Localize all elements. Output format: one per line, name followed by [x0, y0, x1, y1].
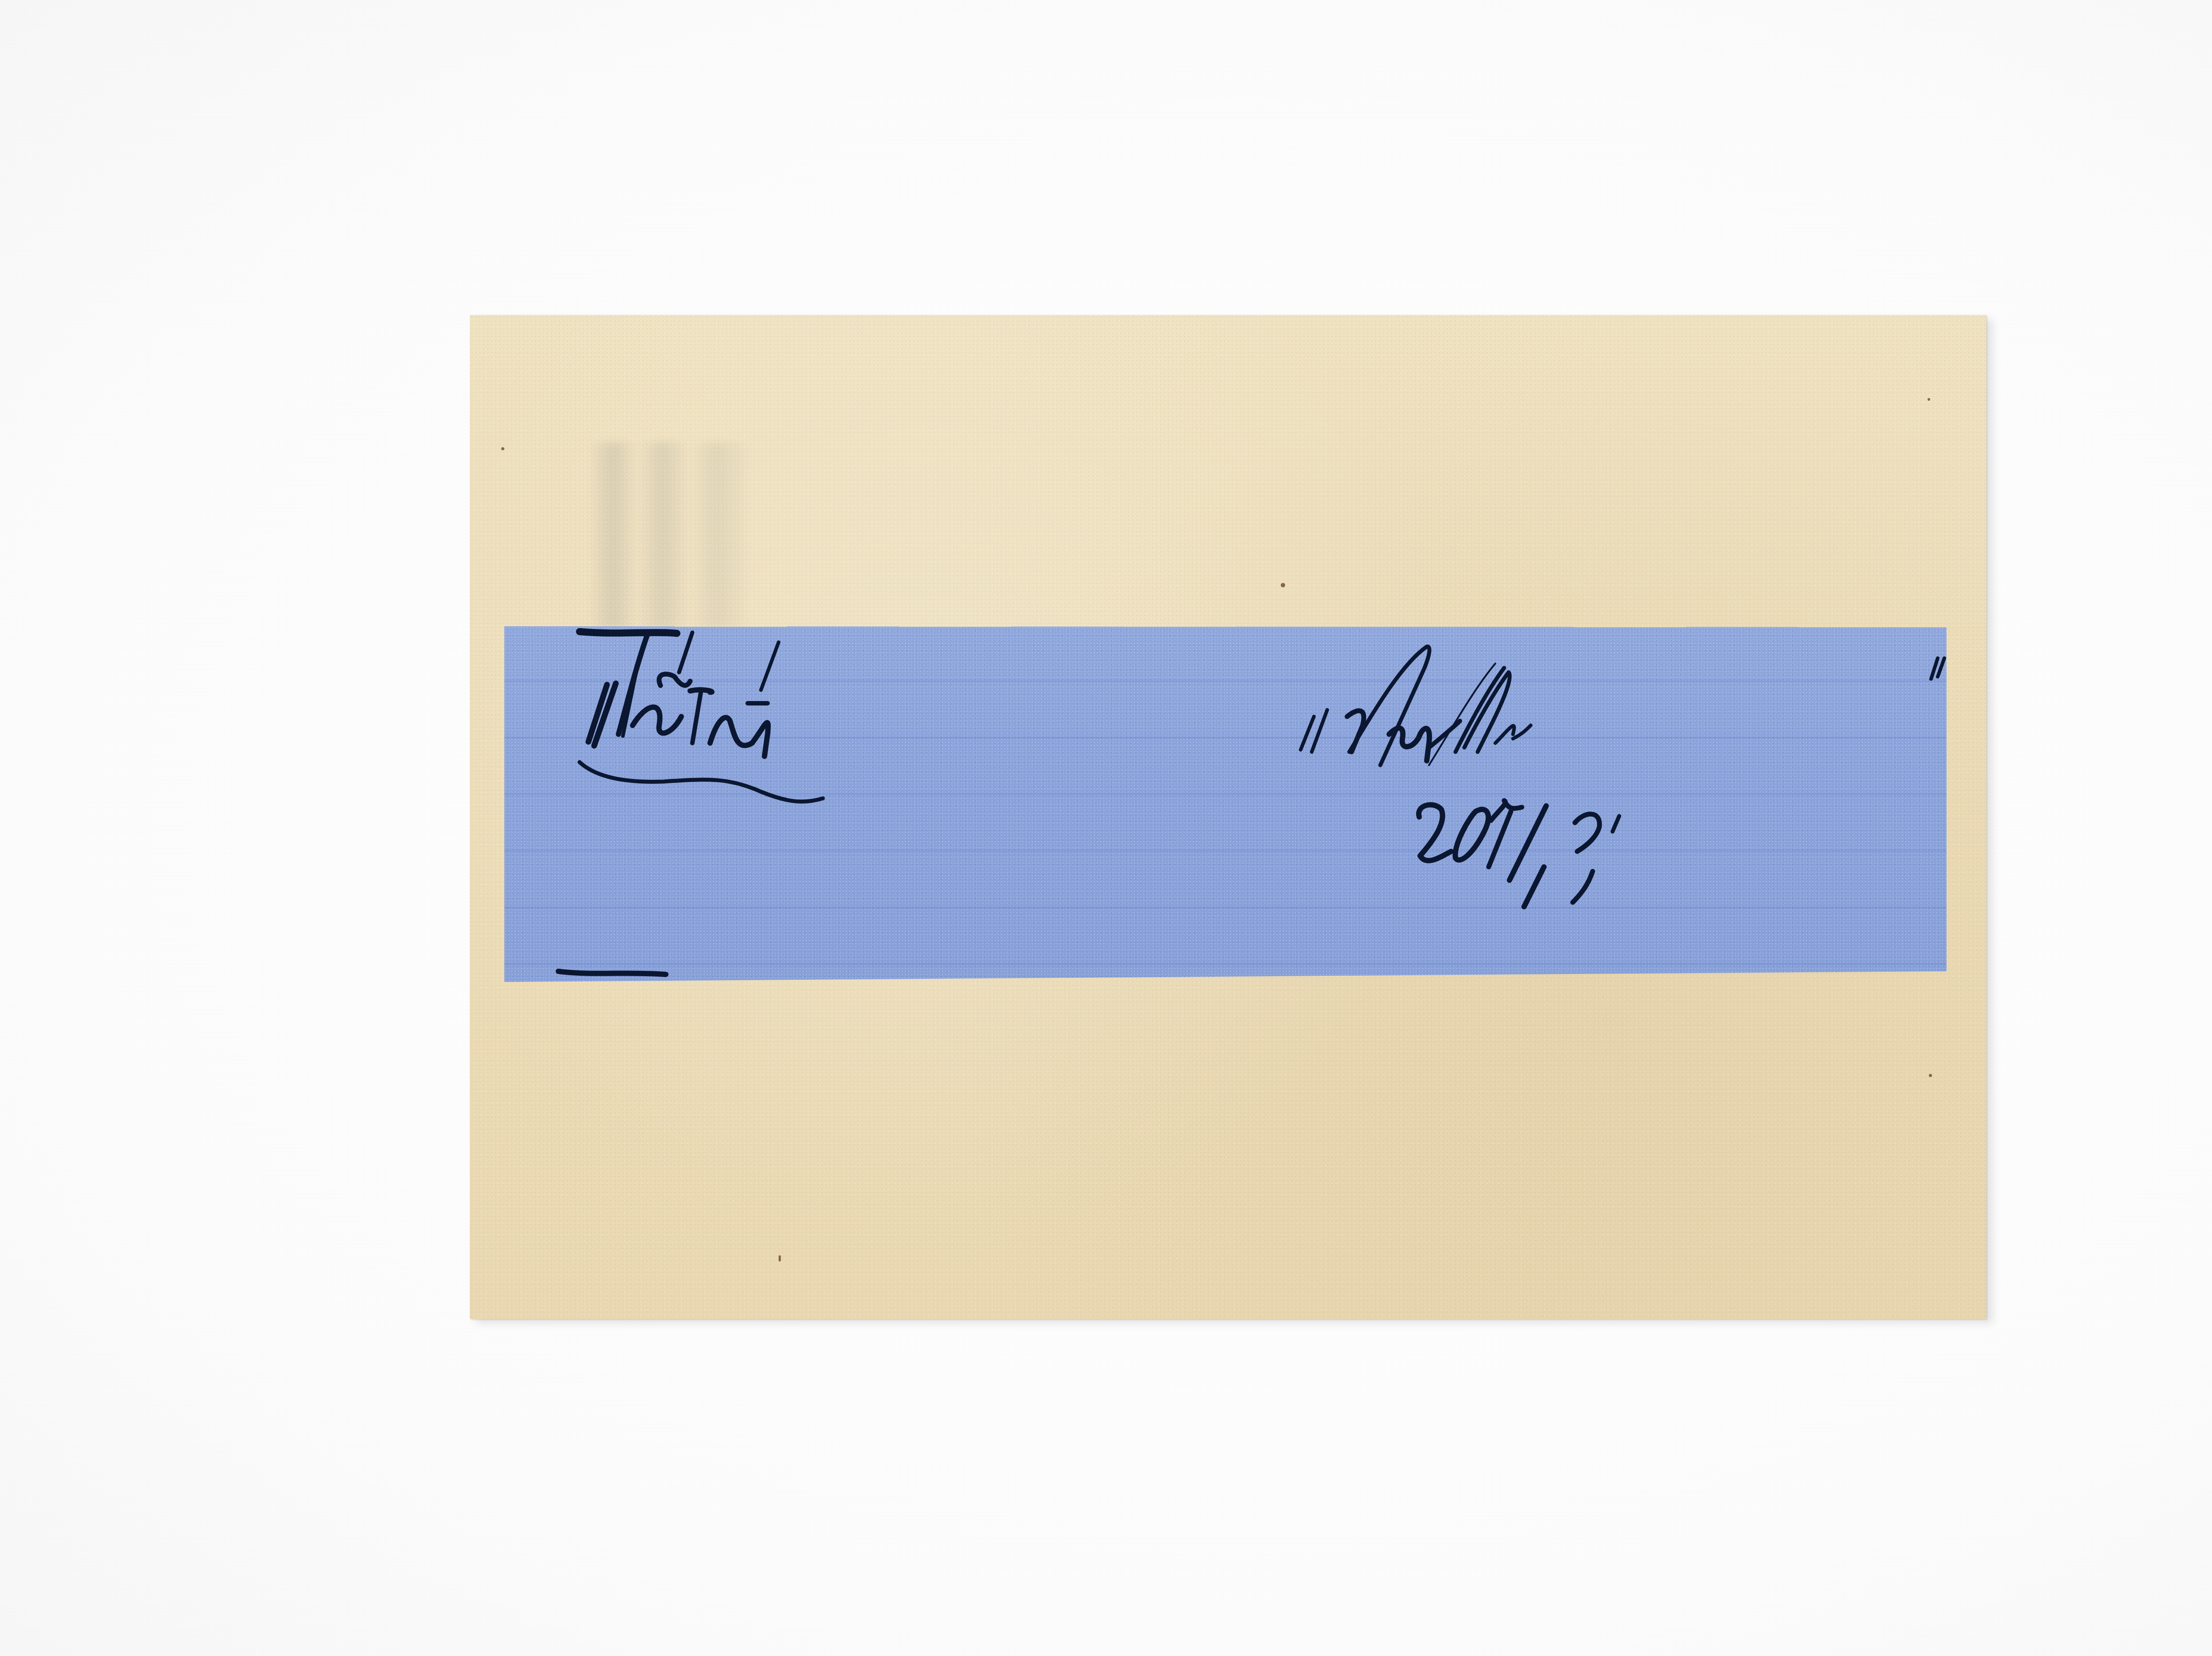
label-line-2: 207/3'	[504, 803, 1947, 980]
paper-speck	[1281, 583, 1285, 587]
paper-speck	[1928, 398, 1930, 401]
paper-speck	[779, 1255, 781, 1261]
photo-scene: „Kü Ină „Skaaldk” 207/3'	[0, 0, 2212, 1656]
pencil-smudge-marks	[588, 442, 752, 628]
label-transcription: „Kü Ină „Skaaldk” 207/3'	[504, 626, 1947, 982]
label-line-1: „Kü Ină „Skaaldk”	[504, 626, 1947, 803]
paper-speck	[501, 447, 504, 450]
paper-speck	[1929, 1074, 1932, 1077]
